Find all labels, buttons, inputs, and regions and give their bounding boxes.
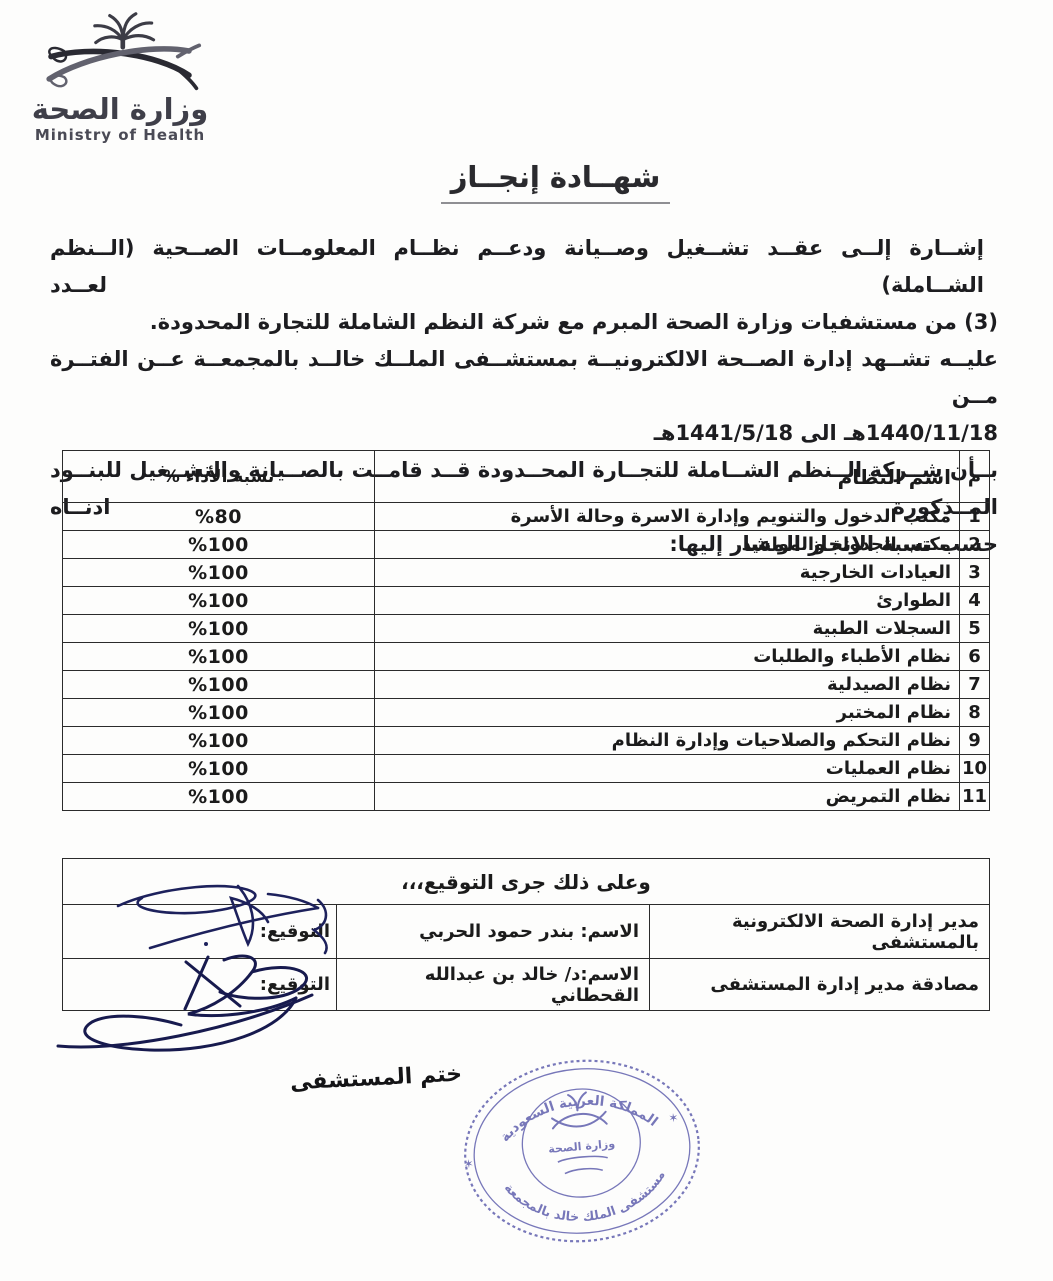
stamp-ring-top-text: المملكة العربية السعودية bbox=[494, 1086, 662, 1146]
certificate-title-wrap: شهــادة إنجــاز bbox=[58, 160, 1053, 204]
table-row: 5السجلات الطبية%100 bbox=[63, 615, 990, 643]
ministry-name-arabic: وزارة الصحة bbox=[20, 92, 220, 126]
performance-value: %100 bbox=[63, 699, 375, 727]
system-name: نظام الصيدلية bbox=[375, 671, 960, 699]
performance-value: %100 bbox=[63, 727, 375, 755]
signature-label: التوقيع: bbox=[62, 905, 336, 959]
moh-palm-swords-icon bbox=[35, 10, 205, 92]
hospital-stamp-area: ختم المستشفى المملكة العربية السعودية مس… bbox=[352, 1052, 612, 1262]
performance-value: %100 bbox=[63, 615, 375, 643]
svg-text:المملكة العربية السعودية: المملكة العربية السعودية bbox=[494, 1086, 662, 1146]
performance-value: %100 bbox=[63, 783, 375, 811]
table-row: 2مكتب الجدولة والمواعيد%100 bbox=[63, 531, 990, 559]
stamp-star-icon: ✶ bbox=[668, 1110, 679, 1125]
table-row: 11نظام التمريض%100 bbox=[63, 783, 990, 811]
system-name: نظام التمريض bbox=[375, 783, 960, 811]
ministry-name-english: Ministry of Health bbox=[20, 126, 220, 144]
row-number: 6 bbox=[960, 643, 990, 671]
signer-role: مدير إدارة الصحة الالكترونية بالمستشفى bbox=[650, 905, 990, 959]
intro-line: عليــه تشــهد إدارة الصــحة الالكترونيــ… bbox=[50, 341, 998, 415]
header-system-name: اسم النظام bbox=[375, 451, 960, 503]
system-name: الطوارئ bbox=[375, 587, 960, 615]
signer-role: مصادقة مدير إدارة المستشفى bbox=[650, 959, 990, 1011]
performance-value: %100 bbox=[63, 755, 375, 783]
row-number: 9 bbox=[960, 727, 990, 755]
round-stamp-icon: المملكة العربية السعودية مستشفى الملك خا… bbox=[457, 1054, 707, 1249]
stamp-ring-bottom-text: مستشفى الملك خالد بالمجمعة bbox=[501, 1167, 672, 1231]
row-number: 2 bbox=[960, 531, 990, 559]
performance-value: %100 bbox=[63, 587, 375, 615]
intro-line: (3) من مستشفيات وزارة الصحة المبرم مع شر… bbox=[50, 304, 998, 341]
row-number: 8 bbox=[960, 699, 990, 727]
row-number: 3 bbox=[960, 559, 990, 587]
row-number: 11 bbox=[960, 783, 990, 811]
row-number: 10 bbox=[960, 755, 990, 783]
row-number: 7 bbox=[960, 671, 990, 699]
intro-line: إشــارة إلــى عقــد تشــغيل وصــيانة ودع… bbox=[50, 230, 998, 304]
system-name: نظام المختبر bbox=[375, 699, 960, 727]
row-number: 5 bbox=[960, 615, 990, 643]
system-name: نظام التحكم والصلاحيات وإدارة النظام bbox=[375, 727, 960, 755]
moh-header: وزارة الصحة Ministry of Health bbox=[20, 10, 220, 144]
table-row: 3العيادات الخارجية%100 bbox=[63, 559, 990, 587]
performance-value: %100 bbox=[63, 643, 375, 671]
system-name: نظام الأطباء والطلبات bbox=[375, 643, 960, 671]
table-header-row: م اسم النظام نسبة الأداء % bbox=[63, 451, 990, 503]
signature-table: وعلى ذلك جرى التوقيع،،، مدير إدارة الصحة… bbox=[62, 858, 990, 1011]
system-name: مكتب الجدولة والمواعيد bbox=[375, 531, 960, 559]
header-number: م bbox=[960, 451, 990, 503]
table-row: 7نظام الصيدلية%100 bbox=[63, 671, 990, 699]
performance-value: %100 bbox=[63, 671, 375, 699]
header-performance: نسبة الأداء % bbox=[63, 451, 375, 503]
signer-name: الاسم:د/ خالد بن عبدالله القحطاني bbox=[337, 959, 650, 1011]
system-name: السجلات الطبية bbox=[375, 615, 960, 643]
table-row: 9نظام التحكم والصلاحيات وإدارة النظام%10… bbox=[63, 727, 990, 755]
row-number: 1 bbox=[960, 503, 990, 531]
performance-value: %100 bbox=[63, 531, 375, 559]
stamp-star-icon: ✶ bbox=[463, 1157, 474, 1172]
table-row: 1مكتب الدخول والتنويم وإدارة الاسرة وحال… bbox=[63, 503, 990, 531]
systems-performance-table: م اسم النظام نسبة الأداء % 1مكتب الدخول … bbox=[62, 450, 990, 811]
stamp-center-text: وزارة الصحة bbox=[548, 1137, 616, 1156]
system-name: نظام العمليات bbox=[375, 755, 960, 783]
signature-row: مدير إدارة الصحة الالكترونية بالمستشفى ا… bbox=[62, 905, 989, 959]
signature-table-header: وعلى ذلك جرى التوقيع،،، bbox=[62, 859, 989, 905]
performance-value: %80 bbox=[63, 503, 375, 531]
performance-value: %100 bbox=[63, 559, 375, 587]
signer-name: الاسم: بندر حمود الحربي bbox=[337, 905, 650, 959]
intro-line-dates: 1440/11/18هـ الى 1441/5/18هـ bbox=[50, 415, 998, 452]
row-number: 4 bbox=[960, 587, 990, 615]
certificate-title: شهــادة إنجــاز bbox=[441, 160, 671, 204]
table-row: 8نظام المختبر%100 bbox=[63, 699, 990, 727]
certificate-document: وزارة الصحة Ministry of Health شهــادة إ… bbox=[0, 0, 1053, 1281]
stamp-caption: ختم المستشفى bbox=[289, 1062, 462, 1096]
table-row: 4الطوارئ%100 bbox=[63, 587, 990, 615]
svg-text:مستشفى الملك خالد بالمجمعة: مستشفى الملك خالد بالمجمعة bbox=[501, 1167, 672, 1231]
table-row: 10نظام العمليات%100 bbox=[63, 755, 990, 783]
system-name: العيادات الخارجية bbox=[375, 559, 960, 587]
signature-label: التوقيع: bbox=[62, 959, 336, 1011]
signature-row: مصادقة مدير إدارة المستشفى الاسم:د/ خالد… bbox=[62, 959, 989, 1011]
system-name: مكتب الدخول والتنويم وإدارة الاسرة وحالة… bbox=[375, 503, 960, 531]
table-row: 6نظام الأطباء والطلبات%100 bbox=[63, 643, 990, 671]
